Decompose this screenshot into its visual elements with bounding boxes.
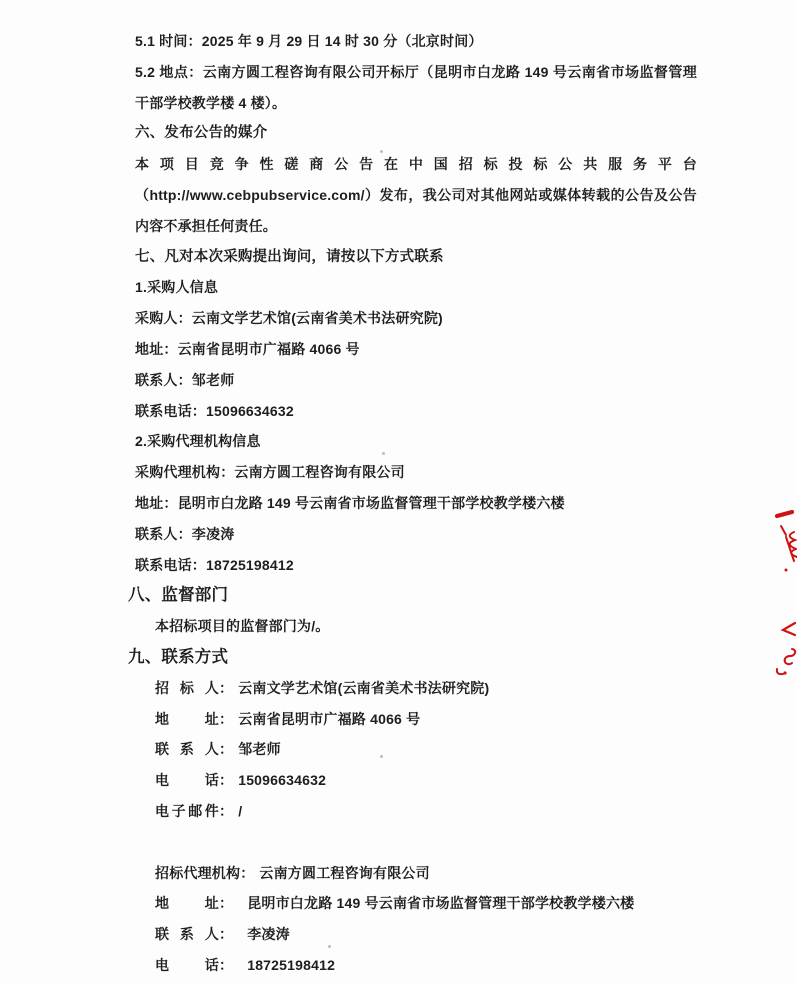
line-agency-contact: 联系人：李凌涛 xyxy=(135,519,697,550)
paragraph-media: 本项目竞争性磋商公告在中国招标投标公共服务平台（http://www.cebpu… xyxy=(135,149,697,241)
colon: ： xyxy=(219,895,233,911)
contact-row-email: 电子邮件：/ xyxy=(135,796,697,827)
contact-value: 云南省昆明市广福路 4066 号 xyxy=(238,711,420,727)
scan-speck xyxy=(382,452,385,455)
line-purchaser: 采购人：云南文学艺术馆(云南省美术书法研究院) xyxy=(135,303,697,334)
contact-label: 电 话 xyxy=(155,765,219,796)
heading-section-7: 七、凡对本次采购提出询问，请按以下方式联系 xyxy=(135,242,697,273)
contact-value: 15096634632 xyxy=(238,772,326,788)
line-place: 5.2 地点：云南方圆工程咨询有限公司开标厅（昆明市白龙路 149 号云南省市场… xyxy=(135,57,697,119)
contact-value: / xyxy=(238,803,242,819)
subheading-agency-info: 2.采购代理机构信息 xyxy=(135,426,697,457)
colon: ： xyxy=(219,680,233,696)
contact-row-agency-phone: 电 话：18725198412 xyxy=(135,950,697,981)
contact-value: 昆明市白龙路 149 号云南省市场监督管理干部学校教学楼六楼 xyxy=(247,895,634,911)
scan-speck xyxy=(328,945,331,948)
contact-row-agency: 招标代理机构：云南方圆工程咨询有限公司 xyxy=(135,858,697,889)
colon: ： xyxy=(240,865,254,881)
line-purchaser-contact: 联系人：邹老师 xyxy=(135,365,697,396)
colon: ： xyxy=(219,957,233,973)
contact-label: 地 址 xyxy=(155,704,219,735)
subheading-purchaser-info: 1.采购人信息 xyxy=(135,272,697,303)
heading-section-9: 九、联系方式 xyxy=(128,642,697,673)
contact-label: 电 话 xyxy=(155,950,219,981)
contact-value: 邹老师 xyxy=(238,741,281,757)
line-purchaser-address: 地址：云南省昆明市广福路 4066 号 xyxy=(135,334,697,365)
contact-row-address: 地 址：云南省昆明市广福路 4066 号 xyxy=(135,704,697,735)
colon: ： xyxy=(219,741,233,757)
colon: ： xyxy=(219,803,233,819)
contact-label: 招 标 人 xyxy=(155,673,219,704)
heading-section-8: 八、监督部门 xyxy=(128,580,697,611)
red-ink-numeral xyxy=(774,645,797,678)
line-agency: 采购代理机构：云南方圆工程咨询有限公司 xyxy=(135,457,697,488)
scan-speck xyxy=(380,755,383,758)
scan-speck xyxy=(380,150,383,153)
contact-value: 云南文学艺术馆(云南省美术书法研究院) xyxy=(238,680,489,696)
contact-label: 联 系 人 xyxy=(155,919,219,950)
line-purchaser-phone: 联系电话：15096634632 xyxy=(135,396,697,427)
contact-label: 联 系 人 xyxy=(155,734,219,765)
scanned-document-page: 5.1 时间：2025 年 9 月 29 日 14 时 30 分（北京时间） 5… xyxy=(0,0,797,983)
line-agency-address: 地址：昆明市白龙路 149 号云南省市场监督管理干部学校教学楼六楼 xyxy=(135,488,697,519)
colon: ： xyxy=(219,772,233,788)
document-body: 5.1 时间：2025 年 9 月 29 日 14 时 30 分（北京时间） 5… xyxy=(0,0,797,981)
contact-row-person: 联 系 人：邹老师 xyxy=(135,734,697,765)
heading-section-6: 六、发布公告的媒介 xyxy=(135,118,697,149)
contact-value: 李凌涛 xyxy=(247,926,290,942)
red-ink-check xyxy=(780,620,797,640)
blank-line xyxy=(135,827,697,858)
contact-label: 招标代理机构 xyxy=(155,858,240,889)
line-agency-phone: 联系电话：18725198412 xyxy=(135,550,697,581)
line-time: 5.1 时间：2025 年 9 月 29 日 14 时 30 分（北京时间） xyxy=(135,26,697,57)
red-ink-scribble xyxy=(773,509,797,577)
colon: ： xyxy=(219,926,233,942)
contact-row-agency-person: 联 系 人：李凌涛 xyxy=(135,919,697,950)
line-supervision: 本招标项目的监督部门为/。 xyxy=(135,611,697,642)
colon: ： xyxy=(219,711,233,727)
contact-row-tenderer: 招 标 人：云南文学艺术馆(云南省美术书法研究院) xyxy=(135,673,697,704)
contact-value: 18725198412 xyxy=(247,957,335,973)
contact-row-agency-address: 地 址：昆明市白龙路 149 号云南省市场监督管理干部学校教学楼六楼 xyxy=(135,888,697,919)
contact-row-phone: 电 话：15096634632 xyxy=(135,765,697,796)
contact-label: 电子邮件 xyxy=(155,796,219,827)
contact-value: 云南方圆工程咨询有限公司 xyxy=(259,865,429,881)
contact-label: 地 址 xyxy=(155,888,219,919)
